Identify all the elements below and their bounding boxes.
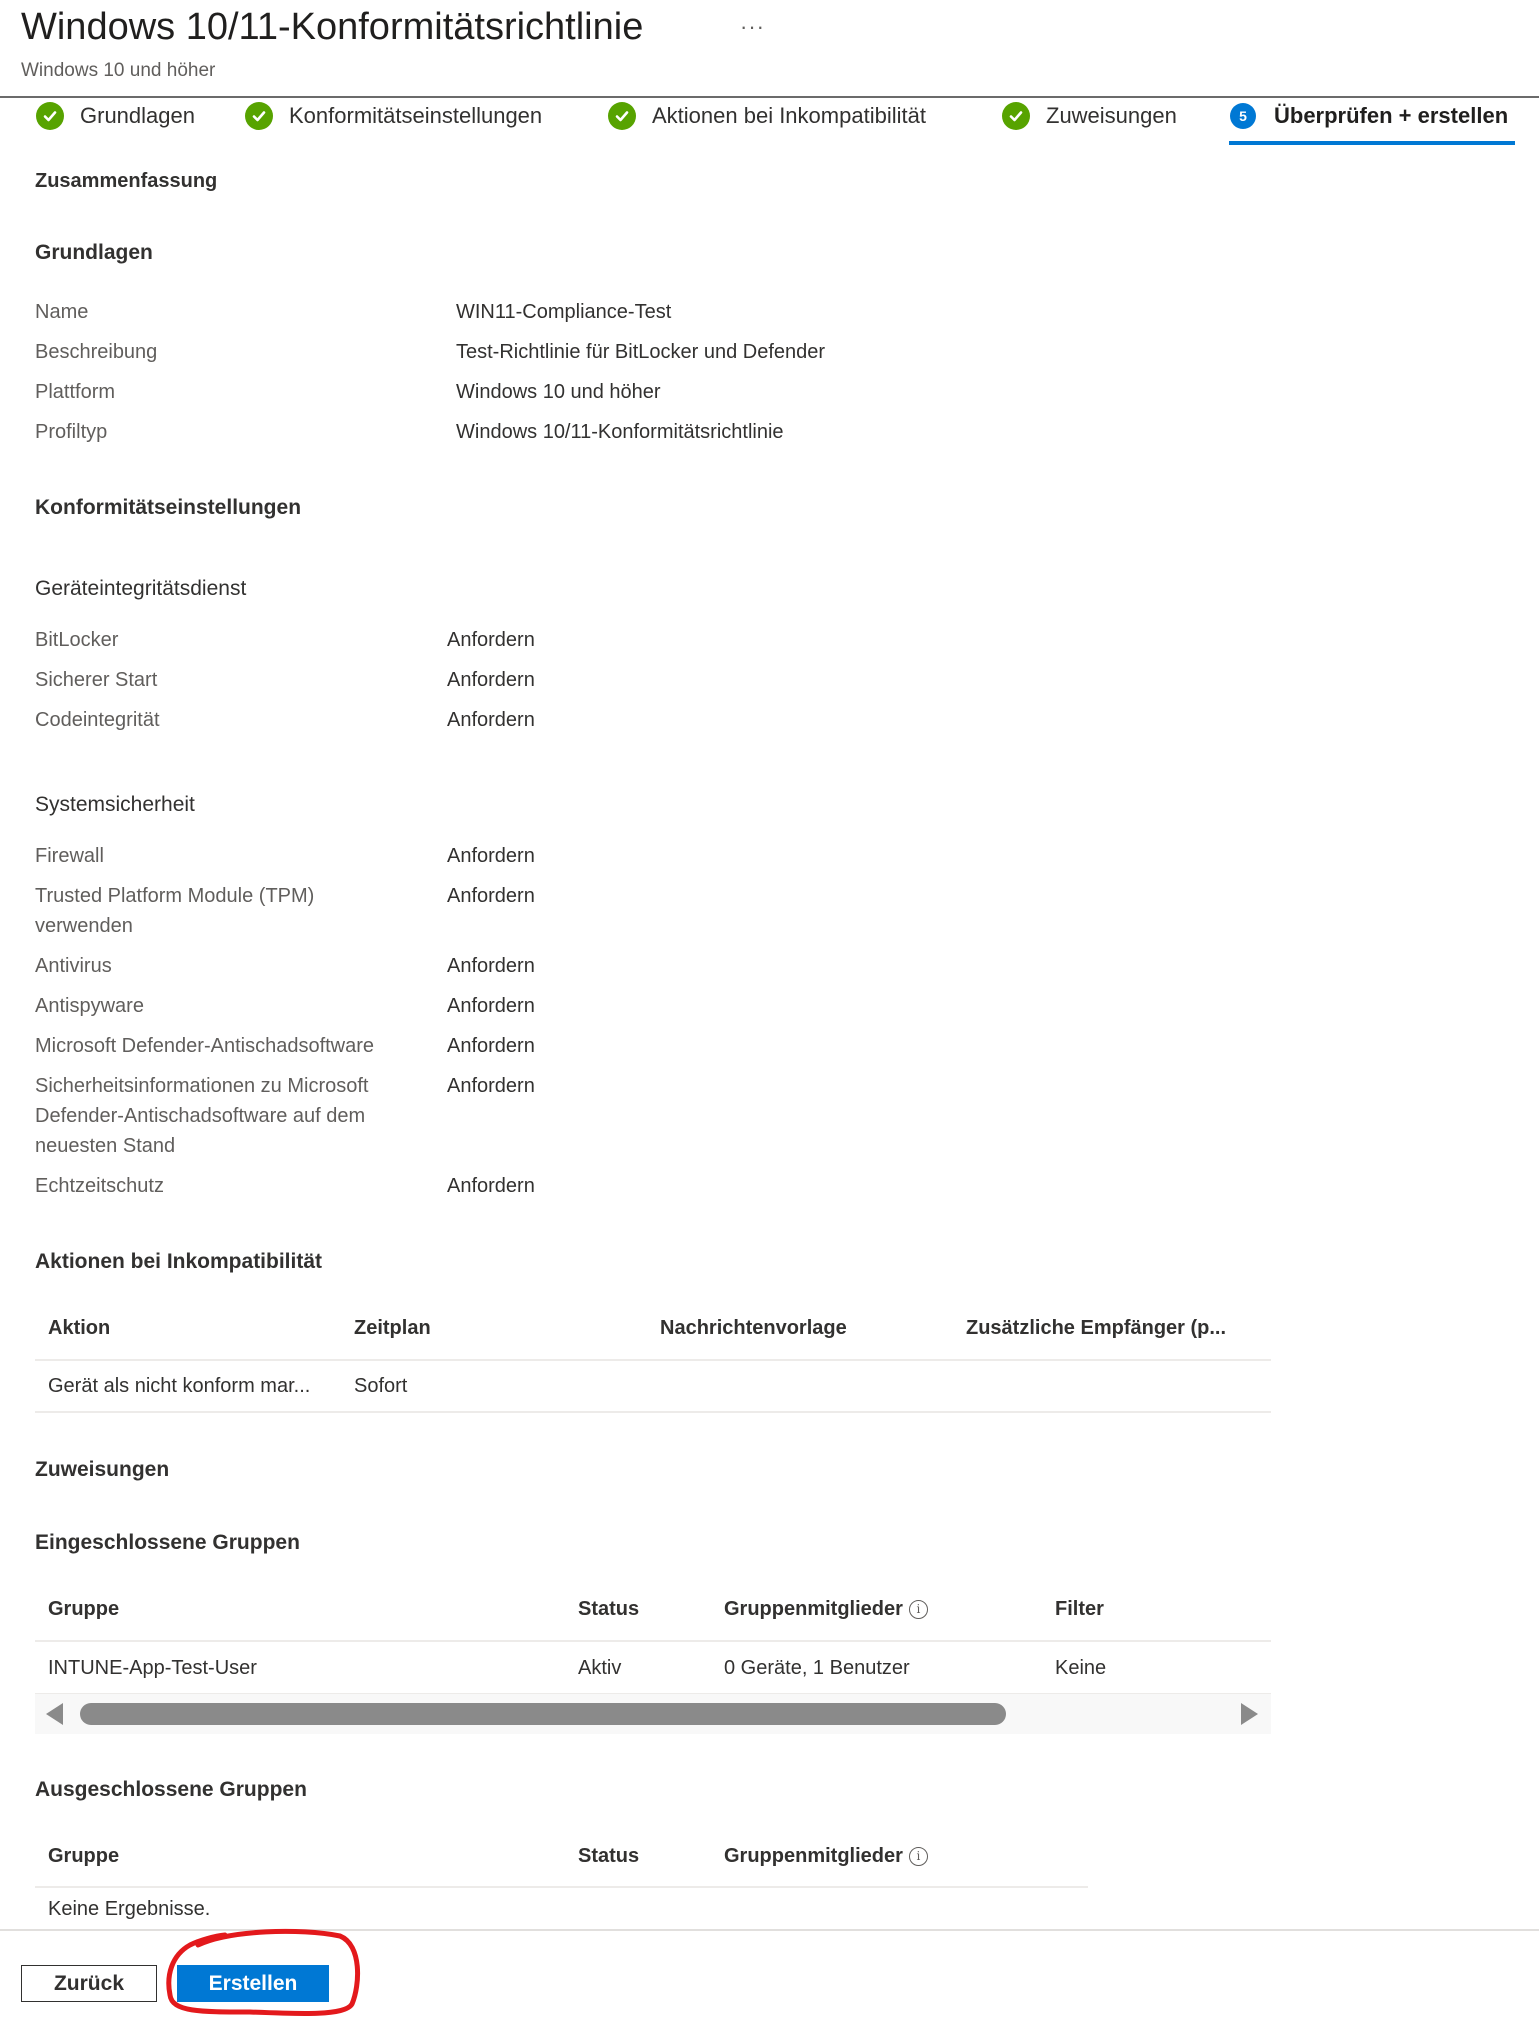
- field-value: WIN11-Compliance-Test: [456, 301, 671, 324]
- tab-zuweisungen[interactable]: Zuweisungen: [1002, 101, 1177, 131]
- tab-label: Grundlagen: [80, 103, 195, 129]
- more-options-button[interactable]: ···: [740, 14, 765, 40]
- column-header-zeitplan[interactable]: Zeitplan: [354, 1317, 431, 1340]
- field-label: Beschreibung: [35, 337, 157, 367]
- setting-label: Codeintegrität: [35, 705, 160, 735]
- tab-label: Überprüfen + erstellen: [1274, 103, 1508, 129]
- empty-state-text: Keine Ergebnisse.: [48, 1898, 210, 1921]
- setting-value: Anfordern: [447, 1075, 535, 1098]
- excluded-groups-heading: Ausgeschlossene Gruppen: [35, 1778, 307, 1802]
- column-header-status[interactable]: Status: [578, 1845, 639, 1868]
- page-title: Windows 10/11-Konformitätsrichtlinie: [21, 6, 643, 49]
- tab-ueberpruefen-erstellen[interactable]: 5 Überprüfen + erstellen: [1230, 101, 1508, 131]
- info-icon[interactable]: i: [909, 1847, 928, 1866]
- actions-heading: Aktionen bei Inkompatibilität: [35, 1250, 322, 1274]
- scroll-right-arrow-icon[interactable]: [1241, 1703, 1258, 1725]
- setting-label: Firewall: [35, 841, 425, 871]
- setting-label: Sicherer Start: [35, 665, 157, 695]
- setting-label: Antispyware: [35, 991, 425, 1021]
- compliance-heading: Konformitätseinstellungen: [35, 496, 301, 520]
- column-header-gruppe[interactable]: Gruppe: [48, 1845, 119, 1868]
- scrollbar-thumb[interactable]: [80, 1703, 1006, 1725]
- setting-label: Trusted Platform Module (TPM) verwenden: [35, 881, 355, 941]
- cell-filter: Keine: [1055, 1657, 1106, 1680]
- included-groups-heading: Eingeschlossene Gruppen: [35, 1531, 300, 1555]
- active-tab-indicator: [1229, 141, 1515, 145]
- tab-label: Zuweisungen: [1046, 103, 1177, 129]
- row-divider: [35, 1359, 1271, 1361]
- column-header-label: Gruppenmitglieder: [724, 1845, 903, 1867]
- check-circle-icon: [36, 102, 64, 130]
- column-header-nachrichtenvorlage[interactable]: Nachrichtenvorlage: [660, 1317, 847, 1340]
- column-header-label: Gruppenmitglieder: [724, 1598, 903, 1620]
- field-value: Test-Richtlinie für BitLocker und Defend…: [456, 341, 825, 364]
- tab-konformitaetseinstellungen[interactable]: Konformitätseinstellungen: [245, 101, 542, 131]
- tab-aktionen[interactable]: Aktionen bei Inkompatibilität: [608, 101, 926, 131]
- summary-heading: Zusammenfassung: [35, 170, 217, 193]
- system-security-heading: Systemsicherheit: [35, 793, 195, 817]
- tab-label: Aktionen bei Inkompatibilität: [652, 103, 926, 129]
- setting-label: Sicherheitsinformationen zu Microsoft De…: [35, 1071, 420, 1161]
- field-label: Name: [35, 297, 88, 327]
- column-header-aktion[interactable]: Aktion: [48, 1317, 110, 1340]
- row-divider: [35, 1640, 1271, 1642]
- page-subtitle: Windows 10 und höher: [21, 60, 215, 82]
- info-icon[interactable]: i: [909, 1600, 928, 1619]
- column-header-gruppenmitglieder[interactable]: Gruppenmitgliederi: [724, 1845, 928, 1868]
- setting-value: Anfordern: [447, 885, 535, 908]
- setting-label: Microsoft Defender-Antischadsoftware: [35, 1031, 435, 1061]
- step-number-badge: 5: [1230, 103, 1256, 129]
- field-label: Plattform: [35, 377, 115, 407]
- tab-grundlagen[interactable]: Grundlagen: [36, 101, 195, 131]
- tab-label: Konformitätseinstellungen: [289, 103, 542, 129]
- assignments-heading: Zuweisungen: [35, 1458, 169, 1482]
- row-divider: [35, 1886, 1088, 1888]
- cell-gruppe: INTUNE-App-Test-User: [48, 1657, 257, 1680]
- tab-divider: [0, 96, 1539, 98]
- scroll-left-arrow-icon[interactable]: [46, 1703, 63, 1725]
- create-button[interactable]: Erstellen: [177, 1965, 329, 2002]
- setting-value: Anfordern: [447, 955, 535, 978]
- cell-gruppenmitglieder: 0 Geräte, 1 Benutzer: [724, 1657, 910, 1680]
- device-health-heading: Geräteintegritätsdienst: [35, 577, 246, 601]
- column-header-status[interactable]: Status: [578, 1598, 639, 1621]
- setting-label: BitLocker: [35, 625, 118, 655]
- basics-heading: Grundlagen: [35, 241, 153, 265]
- setting-value: Anfordern: [447, 709, 535, 732]
- check-circle-icon: [245, 102, 273, 130]
- back-button[interactable]: Zurück: [21, 1965, 157, 2002]
- field-label: Profiltyp: [35, 417, 107, 447]
- field-value: Windows 10/11-Konformitätsrichtlinie: [456, 421, 784, 444]
- cell-status: Aktiv: [578, 1657, 621, 1680]
- setting-value: Anfordern: [447, 669, 535, 692]
- setting-value: Anfordern: [447, 845, 535, 868]
- row-divider: [35, 1411, 1271, 1413]
- setting-value: Anfordern: [447, 629, 535, 652]
- check-circle-icon: [1002, 102, 1030, 130]
- setting-value: Anfordern: [447, 1035, 535, 1058]
- column-header-gruppenmitglieder[interactable]: Gruppenmitgliederi: [724, 1598, 928, 1621]
- column-header-empfaenger[interactable]: Zusätzliche Empfänger (p...: [966, 1317, 1226, 1340]
- field-value: Windows 10 und höher: [456, 381, 661, 404]
- column-header-filter[interactable]: Filter: [1055, 1598, 1104, 1621]
- check-circle-icon: [608, 102, 636, 130]
- setting-label: Antivirus: [35, 951, 425, 981]
- setting-value: Anfordern: [447, 995, 535, 1018]
- setting-value: Anfordern: [447, 1175, 535, 1198]
- setting-label: Echtzeitschutz: [35, 1171, 425, 1201]
- column-header-gruppe[interactable]: Gruppe: [48, 1598, 119, 1621]
- cell-zeitplan: Sofort: [354, 1375, 407, 1398]
- footer-divider: [0, 1929, 1539, 1931]
- cell-aktion: Gerät als nicht konform mar...: [48, 1375, 310, 1398]
